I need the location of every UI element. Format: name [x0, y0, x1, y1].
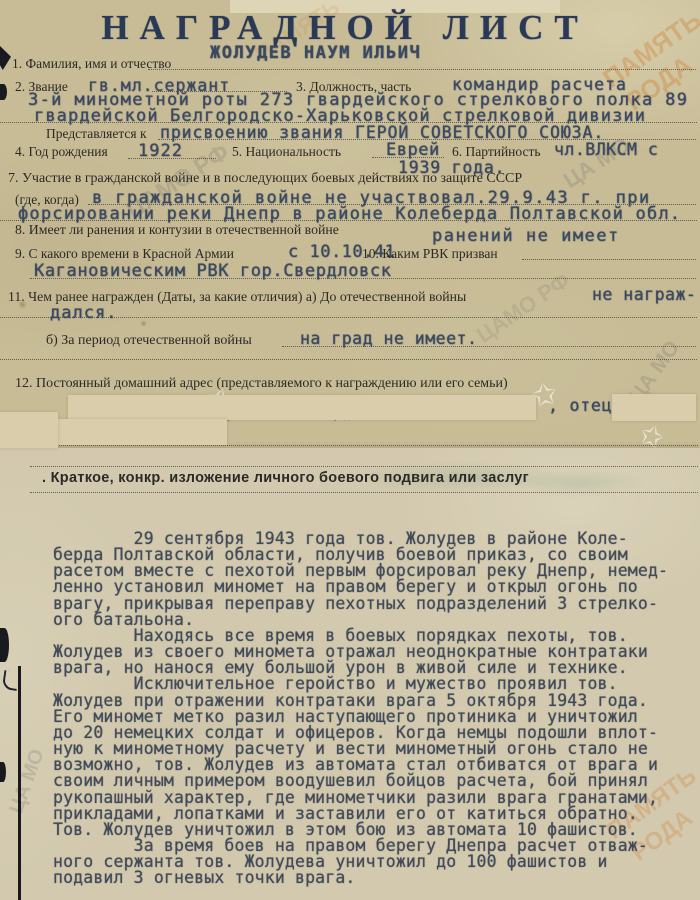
dotted-line: [148, 69, 696, 70]
field-6-value: чл.ВЛКСМ с: [554, 140, 658, 159]
citation-text: 29 сентября 1943 года тов. Жолудев в рай…: [53, 531, 668, 886]
presented-value: присвоению звания ГЕРОЙ СОВЕТСКОГО СОЮЗА…: [160, 123, 604, 142]
redaction-block: [55, 419, 227, 445]
dotted-line: [30, 466, 698, 467]
field-10-value: Кагановическим РВК гор.Свердловск: [34, 261, 392, 281]
field-12-label: 12. Постоянный домашний адрес (представл…: [15, 376, 508, 392]
field-7-label: 7. Участие в гражданской войне и в после…: [8, 171, 522, 187]
section-header: . Краткое, конкр. изложение личного боев…: [42, 470, 529, 486]
redaction-block: [612, 394, 696, 421]
paper-stain: [140, 320, 147, 327]
field-1-label: 1. Фамилия, имя и отчество: [12, 56, 171, 72]
field-5-label: 5. Национальность: [232, 144, 341, 160]
field-8-value: ранений не имеет: [432, 226, 620, 246]
edge-tear-mark: [0, 84, 7, 100]
field-10-label: 10. Каким РВК призван: [362, 246, 498, 262]
edge-tear-mark: [0, 762, 6, 782]
field-9-label: 9. С какого времени в Красной Армии: [15, 246, 234, 262]
dotted-line: [522, 259, 696, 260]
dotted-line: [0, 359, 697, 360]
presented-label: Представляется к: [46, 126, 147, 142]
award-sheet-scan: ПАМЯТЬ РОДА ПАМЯТЬ ПАМЯТЬ РОДА ЦАМО РФ Ц…: [0, 0, 700, 900]
field-11b-label: б) За период отечественной войны: [46, 333, 252, 349]
redaction-block: [68, 395, 536, 420]
edge-tear-mark: [0, 628, 9, 662]
field-11b-value: на град не имеет.: [300, 329, 477, 348]
document-title: НАГРАДНОЙ ЛИСТ: [0, 8, 690, 48]
field-11-value-line2: дался.: [50, 303, 117, 323]
field-4-value: 1922: [138, 141, 183, 161]
field-4-label: 4. Год рождения: [15, 144, 108, 160]
page-edge-line: [18, 666, 21, 900]
field-5-value: Еврей: [386, 140, 440, 160]
name-typed-entry: ЖОЛУДЕВ НАУМ ИЛЬИЧ: [210, 43, 421, 63]
redaction-block: [0, 412, 58, 448]
field-8-label: 8. Имеет ли ранения и контузии в отечест…: [15, 222, 339, 238]
dotted-line: [30, 492, 698, 493]
field-7-value-line2: форсировании реки Днепр в районе Колебер…: [18, 204, 681, 224]
field-11-value-line1: не награж-: [592, 285, 696, 304]
dotted-line: [12, 445, 698, 446]
